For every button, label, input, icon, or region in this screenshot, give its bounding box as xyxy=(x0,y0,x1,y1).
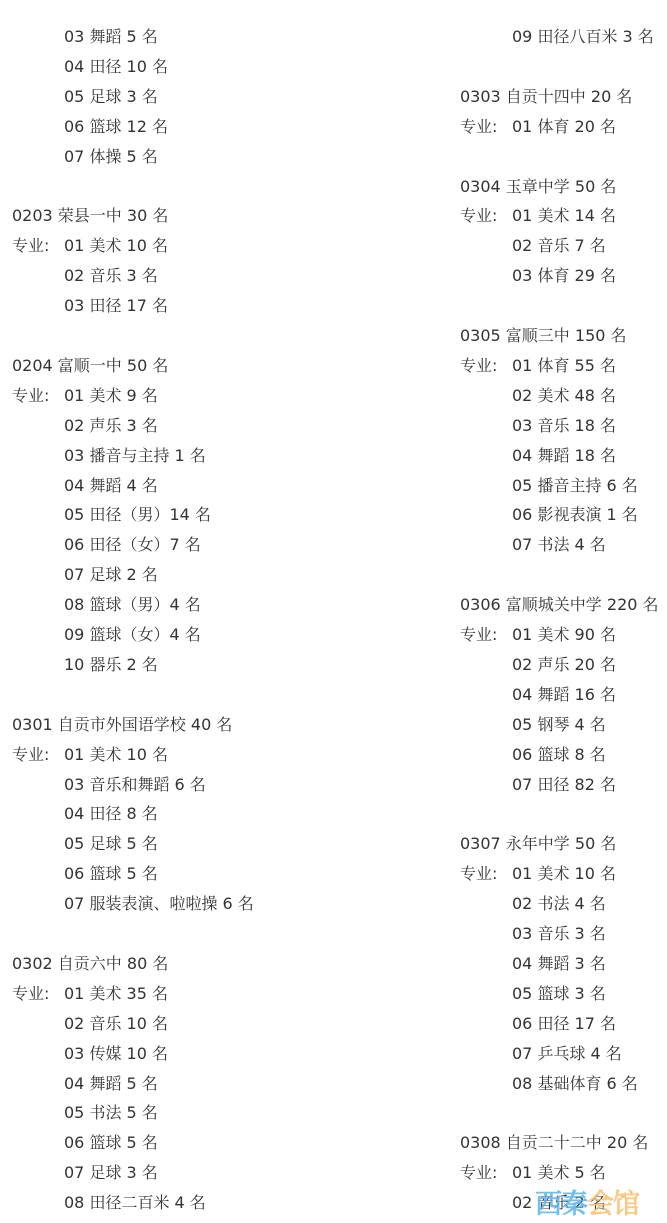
major-item: 02 音乐 10 名 xyxy=(64,1009,168,1039)
major-item: 06 篮球 5 名 xyxy=(64,1128,158,1158)
major-label: 专业: xyxy=(460,620,497,650)
major-item: 01 美术 10 名 xyxy=(64,231,168,261)
major-item: 05 篮球 3 名 xyxy=(512,979,606,1009)
major-label: 专业: xyxy=(12,979,49,1009)
school-heading: 0203 荣县一中 30 名 xyxy=(12,201,168,231)
major-item: 07 足球 3 名 xyxy=(64,1158,158,1188)
major-item: 04 舞蹈 3 名 xyxy=(512,949,606,979)
major-label: 专业: xyxy=(460,859,497,889)
major-item: 01 美术 35 名 xyxy=(64,979,168,1009)
major-item: 08 田径二百米 4 名 xyxy=(64,1188,206,1218)
major-item: 03 音乐 18 名 xyxy=(512,411,616,441)
school-heading: 0302 自贡六中 80 名 xyxy=(12,949,168,979)
major-item: 02 美术 48 名 xyxy=(512,381,616,411)
school-heading: 0303 自贡十四中 20 名 xyxy=(460,82,632,112)
major-item: 01 美术 5 名 xyxy=(512,1158,606,1188)
major-item: 07 书法 4 名 xyxy=(512,530,606,560)
major-item: 03 音乐和舞蹈 6 名 xyxy=(64,770,206,800)
major-item: 08 篮球（男）4 名 xyxy=(64,590,201,620)
major-item: 05 钢琴 4 名 xyxy=(512,710,606,740)
major-item: 02 音乐 2 名 xyxy=(512,1188,606,1218)
major-item: 06 田径（女）7 名 xyxy=(64,530,201,560)
major-label: 专业: xyxy=(12,231,49,261)
major-item: 06 影视表演 1 名 xyxy=(512,500,638,530)
major-item: 01 美术 10 名 xyxy=(512,859,616,889)
major-item: 03 田径 17 名 xyxy=(64,291,168,321)
major-label: 专业: xyxy=(460,112,497,142)
major-item: 02 音乐 3 名 xyxy=(64,261,158,291)
major-item: 02 声乐 3 名 xyxy=(64,411,158,441)
school-heading: 0305 富顺三中 150 名 xyxy=(460,321,627,351)
major-item: 01 美术 90 名 xyxy=(512,620,616,650)
major-item: 03 传媒 10 名 xyxy=(64,1039,168,1069)
major-item: 01 美术 9 名 xyxy=(64,381,158,411)
major-item: 03 音乐 3 名 xyxy=(512,919,606,949)
major-item: 01 美术 14 名 xyxy=(512,201,616,231)
major-label: 专业: xyxy=(12,740,49,770)
major-item: 08 基础体育 6 名 xyxy=(512,1069,638,1099)
major-item: 01 体育 55 名 xyxy=(512,351,616,381)
major-item: 01 美术 10 名 xyxy=(64,740,168,770)
major-item: 02 书法 4 名 xyxy=(512,889,606,919)
major-item: 04 田径 10 名 xyxy=(64,52,168,82)
major-item: 05 足球 5 名 xyxy=(64,829,158,859)
major-item: 06 篮球 8 名 xyxy=(512,740,606,770)
major-item: 07 服装表演、啦啦操 6 名 xyxy=(64,889,254,919)
major-label: 专业: xyxy=(460,351,497,381)
major-item: 06 田径 17 名 xyxy=(512,1009,616,1039)
major-label: 专业: xyxy=(460,1158,497,1188)
major-item: 04 舞蹈 4 名 xyxy=(64,471,158,501)
school-heading: 0308 自贡二十二中 20 名 xyxy=(460,1128,648,1158)
major-item: 03 舞蹈 5 名 xyxy=(64,22,158,52)
major-item: 04 舞蹈 18 名 xyxy=(512,441,616,471)
major-item: 04 舞蹈 5 名 xyxy=(64,1069,158,1099)
major-item: 10 器乐 2 名 xyxy=(64,650,158,680)
major-item: 03 播音与主持 1 名 xyxy=(64,441,206,471)
school-heading: 0306 富顺城关中学 220 名 xyxy=(460,590,659,620)
major-item: 03 体育 29 名 xyxy=(512,261,616,291)
major-label: 专业: xyxy=(460,201,497,231)
major-item: 09 篮球（女）4 名 xyxy=(64,620,201,650)
school-heading: 0304 玉章中学 50 名 xyxy=(460,172,616,202)
major-item: 05 书法 5 名 xyxy=(64,1098,158,1128)
major-item: 09 田径八百米 3 名 xyxy=(512,22,654,52)
major-item: 07 田径 82 名 xyxy=(512,770,616,800)
major-item: 06 篮球 12 名 xyxy=(64,112,168,142)
major-item: 07 乒乓球 4 名 xyxy=(512,1039,622,1069)
major-item: 04 田径 8 名 xyxy=(64,799,158,829)
major-item: 05 足球 3 名 xyxy=(64,82,158,112)
major-item: 01 体育 20 名 xyxy=(512,112,616,142)
major-item: 02 音乐 7 名 xyxy=(512,231,606,261)
school-heading: 0301 自贡市外国语学校 40 名 xyxy=(12,710,232,740)
major-item: 04 舞蹈 16 名 xyxy=(512,680,616,710)
major-item: 06 篮球 5 名 xyxy=(64,859,158,889)
school-heading: 0307 永年中学 50 名 xyxy=(460,829,616,859)
major-item: 05 播音主持 6 名 xyxy=(512,471,638,501)
major-item: 05 田径（男）14 名 xyxy=(64,500,211,530)
school-heading: 0204 富顺一中 50 名 xyxy=(12,351,168,381)
major-item: 02 声乐 20 名 xyxy=(512,650,616,680)
major-label: 专业: xyxy=(12,381,49,411)
major-item: 07 体操 5 名 xyxy=(64,142,158,172)
major-item: 07 足球 2 名 xyxy=(64,560,158,590)
